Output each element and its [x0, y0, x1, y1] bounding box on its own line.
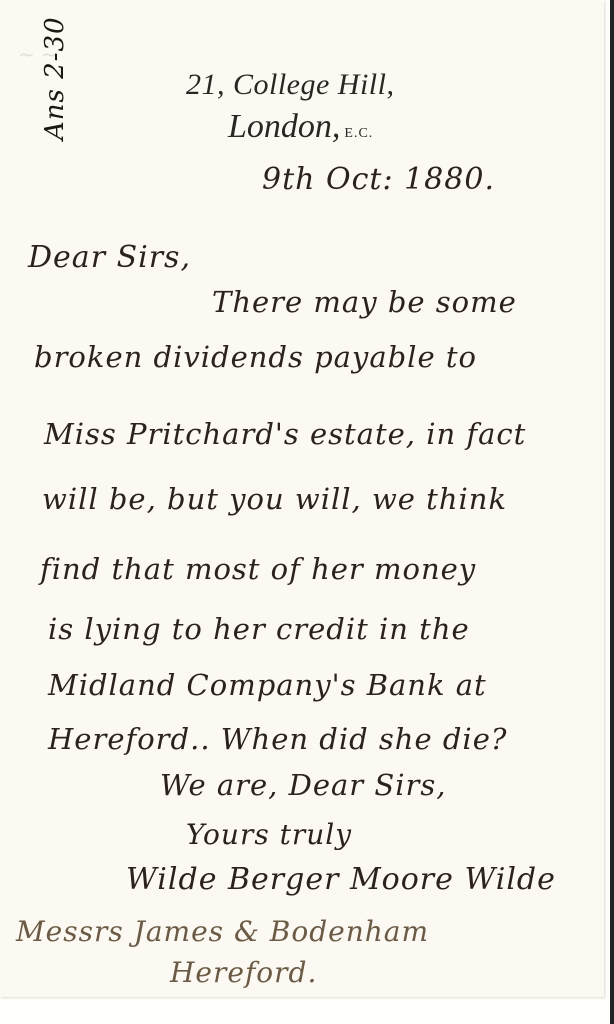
- addressee: Messrs James & Bodenham: [16, 915, 429, 948]
- letter-date: 9th Oct: 1880.: [262, 162, 495, 197]
- closing: We are, Dear Sirs,: [160, 768, 446, 802]
- letterhead-city-name: London,: [228, 108, 340, 145]
- addressee-town: Hereford.: [170, 956, 317, 989]
- body-line: There may be some: [212, 285, 517, 319]
- body-line: is lying to her credit in the: [48, 612, 470, 646]
- letter-sheet: ~ ~ Ans 2-30 21, College Hill, London,E.…: [0, 0, 604, 997]
- signature: Wilde Berger Moore Wilde: [126, 862, 556, 897]
- body-line: broken dividends payable to: [34, 340, 477, 374]
- letterhead-district: E.C.: [344, 126, 373, 141]
- body-line: Hereford.. When did she die?: [48, 722, 507, 756]
- body-line: will be, but you will, we think: [42, 482, 507, 516]
- letterhead-street: 21, College Hill,: [186, 68, 394, 102]
- scanned-document: ~ ~ Ans 2-30 21, College Hill, London,E.…: [0, 0, 614, 1024]
- margin-note: Ans 2-30: [40, 16, 70, 140]
- scan-edge: [610, 0, 614, 1024]
- body-line: Midland Company's Bank at: [48, 668, 487, 702]
- letterhead-city: London,E.C.: [228, 108, 373, 146]
- body-line: find that most of her money: [40, 552, 476, 586]
- valediction: Yours truly: [186, 818, 352, 851]
- salutation: Dear Sirs,: [28, 240, 191, 275]
- body-line: Miss Pritchard's estate, in fact: [44, 417, 526, 451]
